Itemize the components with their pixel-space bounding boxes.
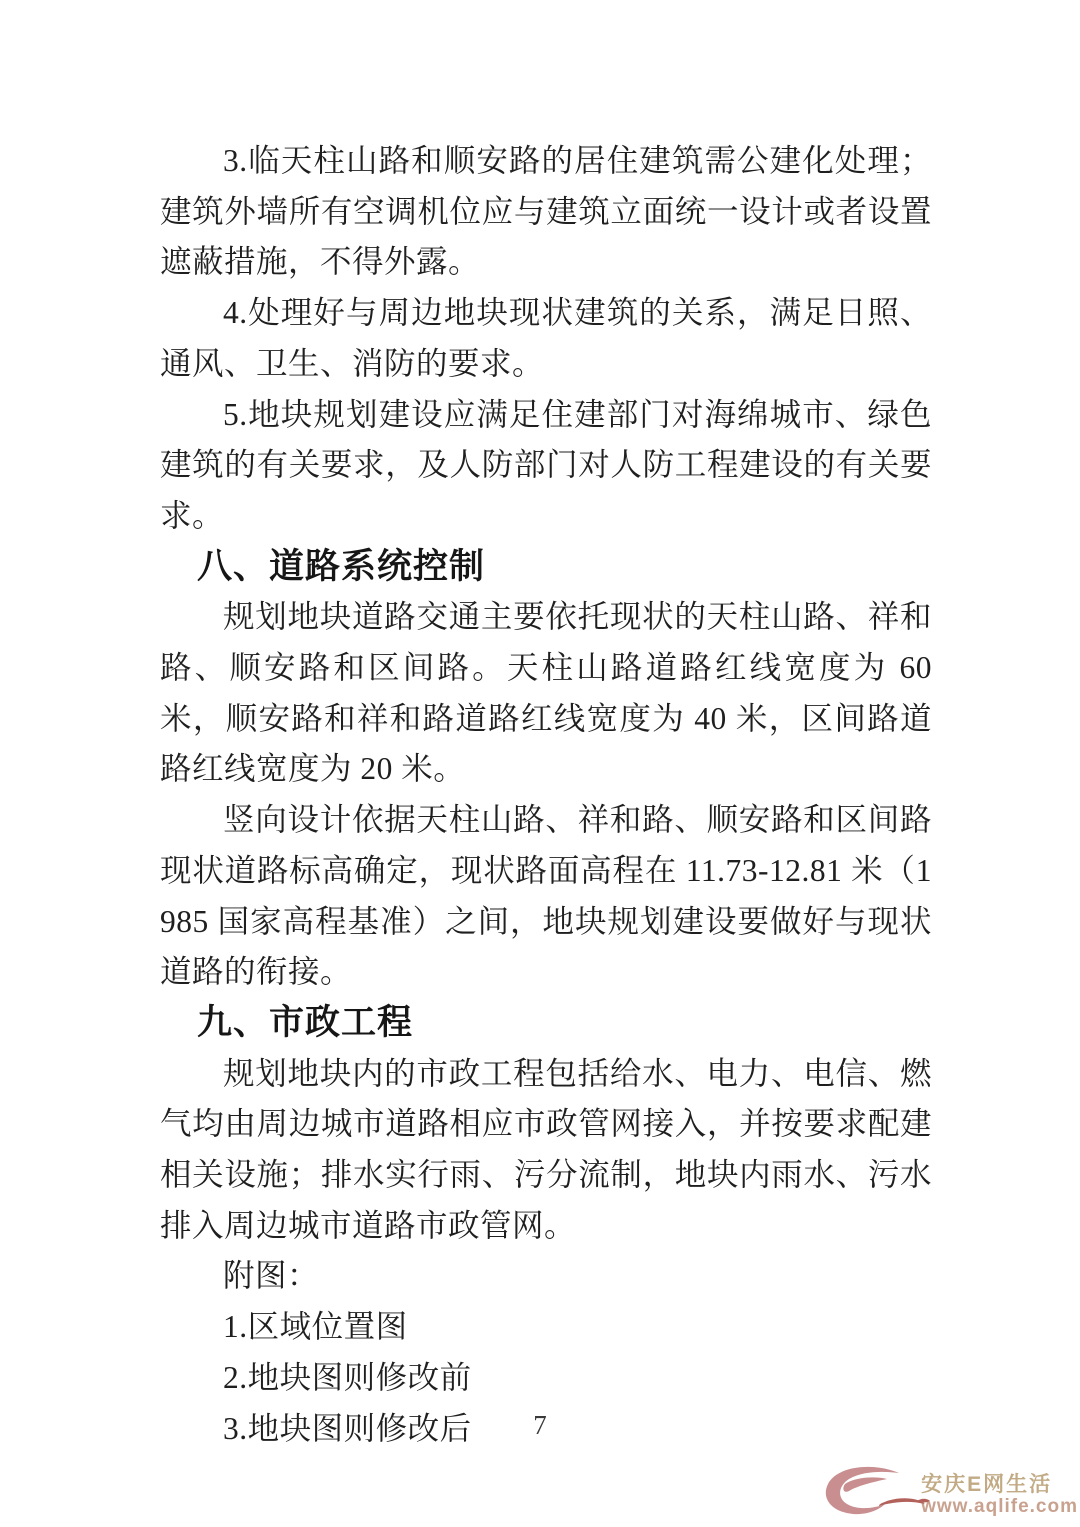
watermark-site-name: 安庆E网生活 [921,1473,1052,1496]
watermark-site-url: www.aqlife.com [921,1496,1078,1517]
attachment-item-region-map: 1.区域位置图 [160,1302,932,1353]
page-number: 7 [0,1408,1080,1442]
aqlife-e-logo-icon [821,1464,933,1525]
paragraph-item-3: 3.临天柱山路和顺安路的居住建筑需公建化处理；建筑外墙所有空调机位应与建筑立面统… [160,136,932,288]
paragraph-road-red-lines: 规划地块道路交通主要依托现状的天柱山路、祥和路、顺安路和区间路。天柱山路道路红线… [160,592,932,795]
paragraph-item-5: 5.地块规划建设应满足住建部门对海绵城市、绿色建筑的有关要求，及人防部门对人防工… [160,390,932,542]
attachment-item-plot-before: 2.地块图则修改前 [160,1353,932,1404]
attachment-list-label: 附图： [160,1251,932,1302]
document-body: 3.临天柱山路和顺安路的居住建筑需公建化处理；建筑外墙所有空调机位应与建筑立面统… [160,136,932,1454]
document-page: 3.临天柱山路和顺安路的居住建筑需公建化处理；建筑外墙所有空调机位应与建筑立面统… [0,0,1080,1527]
paragraph-municipal-networks: 规划地块内的市政工程包括给水、电力、电信、燃气均由周边城市道路相应市政管网接入，… [160,1049,932,1252]
section-heading-municipal-engineering: 九、市政工程 [160,998,932,1049]
section-heading-road-system-control: 八、道路系统控制 [160,542,932,593]
paragraph-item-4: 4.处理好与周边地块现状建筑的关系，满足日照、通风、卫生、消防的要求。 [160,288,932,389]
watermark-text: 安庆E网生活 www.aqlife.com [921,1473,1078,1517]
paragraph-vertical-design: 竖向设计依据天柱山路、祥和路、顺安路和区间路现状道路标高确定，现状路面高程在 1… [160,795,932,998]
aqlife-watermark: 安庆E网生活 www.aqlife.com [821,1464,1078,1525]
